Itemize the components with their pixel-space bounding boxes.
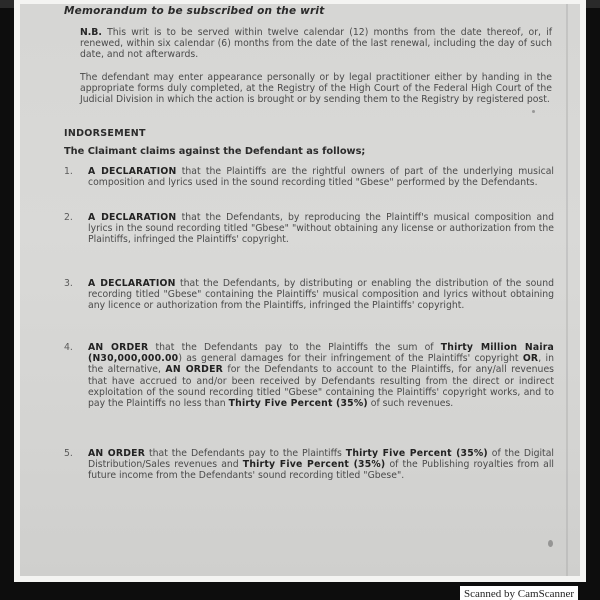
emphasis-text: Thirty Five Percent (35%) (346, 448, 488, 459)
claim-text: A DECLARATION that the Defendants, by re… (88, 212, 554, 246)
claim-number: 5. (64, 448, 84, 459)
memorandum-title: Memorandum to be subscribed on the writ (64, 5, 324, 17)
emphasis-text: AN ORDER (165, 364, 223, 375)
claim-text: AN ORDER that the Defendants pay to the … (88, 448, 554, 482)
indorsement-heading: INDORSEMENT (64, 128, 146, 139)
claim-lead: A DECLARATION (88, 212, 176, 223)
emphasis-text: Thirty Five Percent (35%) (229, 398, 368, 409)
document-page: Memorandum to be subscribed on the writ … (20, 4, 580, 576)
body-text: that the Defendants pay to the Plaintiff… (145, 448, 346, 459)
claim-text: A DECLARATION that the Defendants, by di… (88, 278, 554, 312)
nb-paragraph: N.B. This writ is to be served within tw… (80, 27, 552, 61)
claim-number: 4. (64, 342, 84, 353)
claim-number: 1. (64, 166, 84, 177)
claims-intro: The Claimant claims against the Defendan… (64, 146, 365, 157)
emphasis-text: OR (523, 353, 538, 364)
camscanner-watermark: Scanned by CamScanner (460, 586, 578, 600)
claim-text: A DECLARATION that the Plaintiffs are th… (88, 166, 554, 188)
emphasis-text: AN ORDER (88, 448, 145, 459)
claim-number: 2. (64, 212, 84, 223)
body-text: ) as general damages for their infringem… (178, 353, 522, 364)
body-text: that the Defendants pay to the Plaintiff… (148, 342, 440, 353)
claim-lead: A DECLARATION (88, 278, 176, 289)
emphasis-text: AN ORDER (88, 342, 148, 353)
emphasis-text: Thirty Five Percent (35%) (243, 459, 386, 470)
ink-smudge (548, 540, 553, 547)
body-text: of such revenues. (368, 398, 453, 409)
claim-text: AN ORDER that the Defendants pay to the … (88, 342, 554, 409)
claim-lead: A DECLARATION (88, 166, 176, 177)
nb-label: N.B. (80, 27, 102, 38)
ink-smudge (532, 110, 535, 113)
appearance-paragraph: The defendant may enter appearance perso… (80, 72, 552, 106)
nb-text: This writ is to be served within twelve … (80, 27, 552, 60)
claim-number: 3. (64, 278, 84, 289)
